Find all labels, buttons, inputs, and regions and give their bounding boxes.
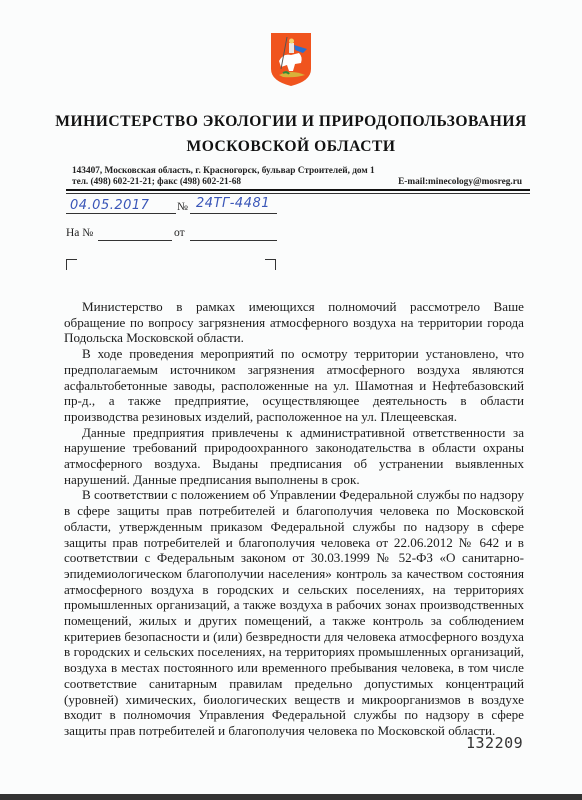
address: 143407, Московская область, г. Красногор…: [72, 166, 375, 176]
reply-number-line: [98, 240, 172, 241]
handwritten-number: 24ТГ-4481: [196, 196, 270, 211]
document-page: МИНИСТЕРСТВО ЭКОЛОГИИ И ПРИРОДОПОЛЬЗОВАН…: [0, 0, 582, 800]
number-underline: [190, 213, 277, 214]
paragraph: Данные предприятия привлечены к админист…: [64, 425, 524, 488]
handwritten-date: 04.05.2017: [70, 198, 149, 213]
ministry-title: МИНИСТЕРСТВО ЭКОЛОГИИ И ПРИРОДОПОЛЬЗОВАН…: [0, 113, 582, 131]
address-corner-left: [66, 259, 77, 270]
address-corner-right: [265, 259, 276, 270]
date-underline: [66, 213, 176, 214]
reply-date-line: [190, 240, 277, 241]
reply-date-label: от: [174, 227, 185, 239]
paragraph: В ходе проведения мероприятий по осмотру…: [64, 346, 524, 425]
phone-fax: тел. (498) 602-21-21; факс (498) 602-21-…: [72, 177, 241, 187]
paragraph: В соответствии с положением об Управлени…: [64, 487, 524, 738]
coat-of-arms-icon: [269, 31, 313, 87]
scan-edge: [0, 794, 582, 800]
ministry-region: МОСКОВСКОЙ ОБЛАСТИ: [0, 138, 582, 156]
reply-number-label: На №: [66, 227, 93, 239]
registration-stamp-number: 132209: [466, 734, 523, 752]
paragraph: Министерство в рамках имеющихся полномоч…: [64, 299, 524, 346]
letterhead-divider-thin: [66, 193, 530, 194]
letter-body: Министерство в рамках имеющихся полномоч…: [64, 299, 524, 739]
number-label: №: [177, 201, 188, 213]
email: E-mail:minecology@mosreg.ru: [398, 177, 522, 187]
letterhead-divider: [66, 189, 530, 191]
